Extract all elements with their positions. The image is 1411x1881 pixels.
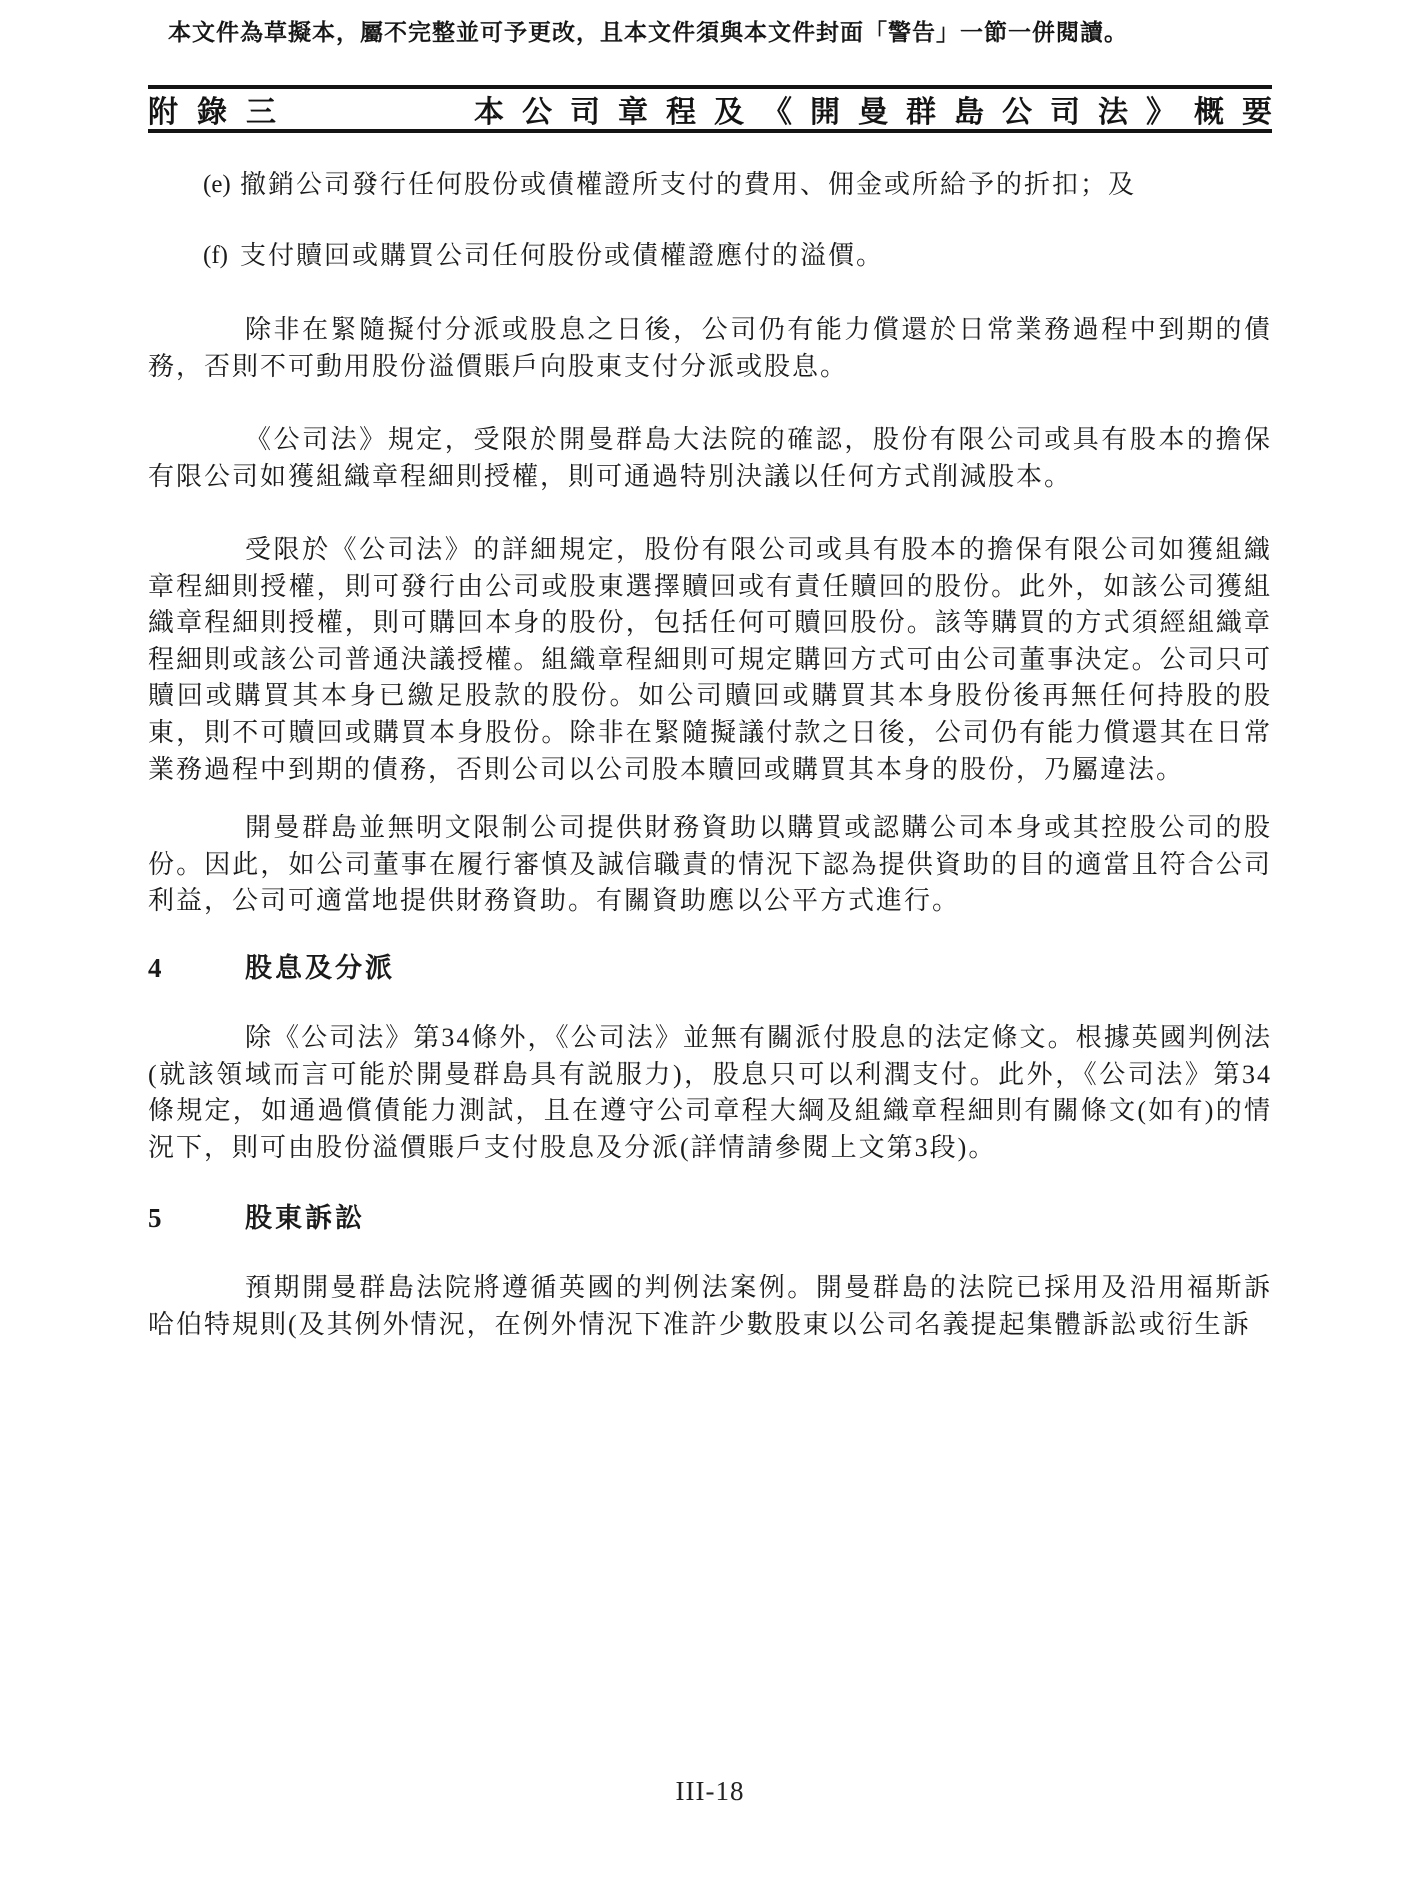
- list-item-f-marker: (f): [148, 238, 240, 275]
- list-item-e-text: 撤銷公司發行任何股份或債權證所支付的費用、佣金或所給予的折扣；及: [240, 167, 1272, 204]
- paragraph-financial-assistance: 開曼群島並無明文限制公司提供財務資助以購買或認購公司本身或其控股公司的股份。因此…: [148, 810, 1272, 920]
- paragraph-capital-reduction: 《公司法》規定，受限於開曼群島大法院的確認，股份有限公司或具有股本的擔保有限公司…: [148, 422, 1272, 495]
- appendix-label: 附錄三: [148, 87, 295, 131]
- section-5-paragraph: 預期開曼群島法院將遵循英國的判例法案例。開曼群島的法院已採用及沿用福斯訴哈伯特規…: [148, 1270, 1272, 1343]
- draft-disclaimer: 本文件為草擬本，屬不完整並可予更改，且本文件須與本文件封面「警告」一節一併閱讀。: [168, 14, 1128, 47]
- section-4-heading: 4 股息及分派: [148, 950, 1272, 987]
- page-number: III-18: [148, 1776, 1272, 1807]
- paragraph-redemption-purchase: 受限於《公司法》的詳細規定，股份有限公司或具有股本的擔保有限公司如獲組織章程細則…: [148, 532, 1272, 788]
- appendix-title: 本公司章程及《開曼群島公司法》概要: [474, 87, 1290, 131]
- section-4-paragraph: 除《公司法》第34條外，《公司法》並無有關派付股息的法定條文。根據英國判例法(就…: [148, 1020, 1272, 1166]
- list-item-e-marker: (e): [148, 167, 240, 204]
- list-item-e: (e) 撤銷公司發行任何股份或債權證所支付的費用、佣金或所給予的折扣；及: [148, 167, 1272, 204]
- paragraph-share-premium: 除非在緊隨擬付分派或股息之日後，公司仍有能力償還於日常業務過程中到期的債務，否則…: [148, 312, 1272, 385]
- section-5-number: 5: [148, 1200, 245, 1237]
- list-item-f: (f) 支付贖回或購買公司任何股份或債權證應付的溢價。: [148, 238, 1272, 275]
- document-page: 本文件為草擬本，屬不完整並可予更改，且本文件須與本文件封面「警告」一節一併閱讀。…: [0, 0, 1411, 1881]
- appendix-header: 附錄三 本公司章程及《開曼群島公司法》概要: [148, 85, 1272, 133]
- section-4-title: 股息及分派: [245, 950, 395, 987]
- section-4-number: 4: [148, 950, 245, 987]
- list-item-f-text: 支付贖回或購買公司任何股份或債權證應付的溢價。: [240, 238, 1272, 275]
- section-5-heading: 5 股東訴訟: [148, 1200, 1272, 1237]
- section-5-title: 股東訴訟: [245, 1200, 365, 1237]
